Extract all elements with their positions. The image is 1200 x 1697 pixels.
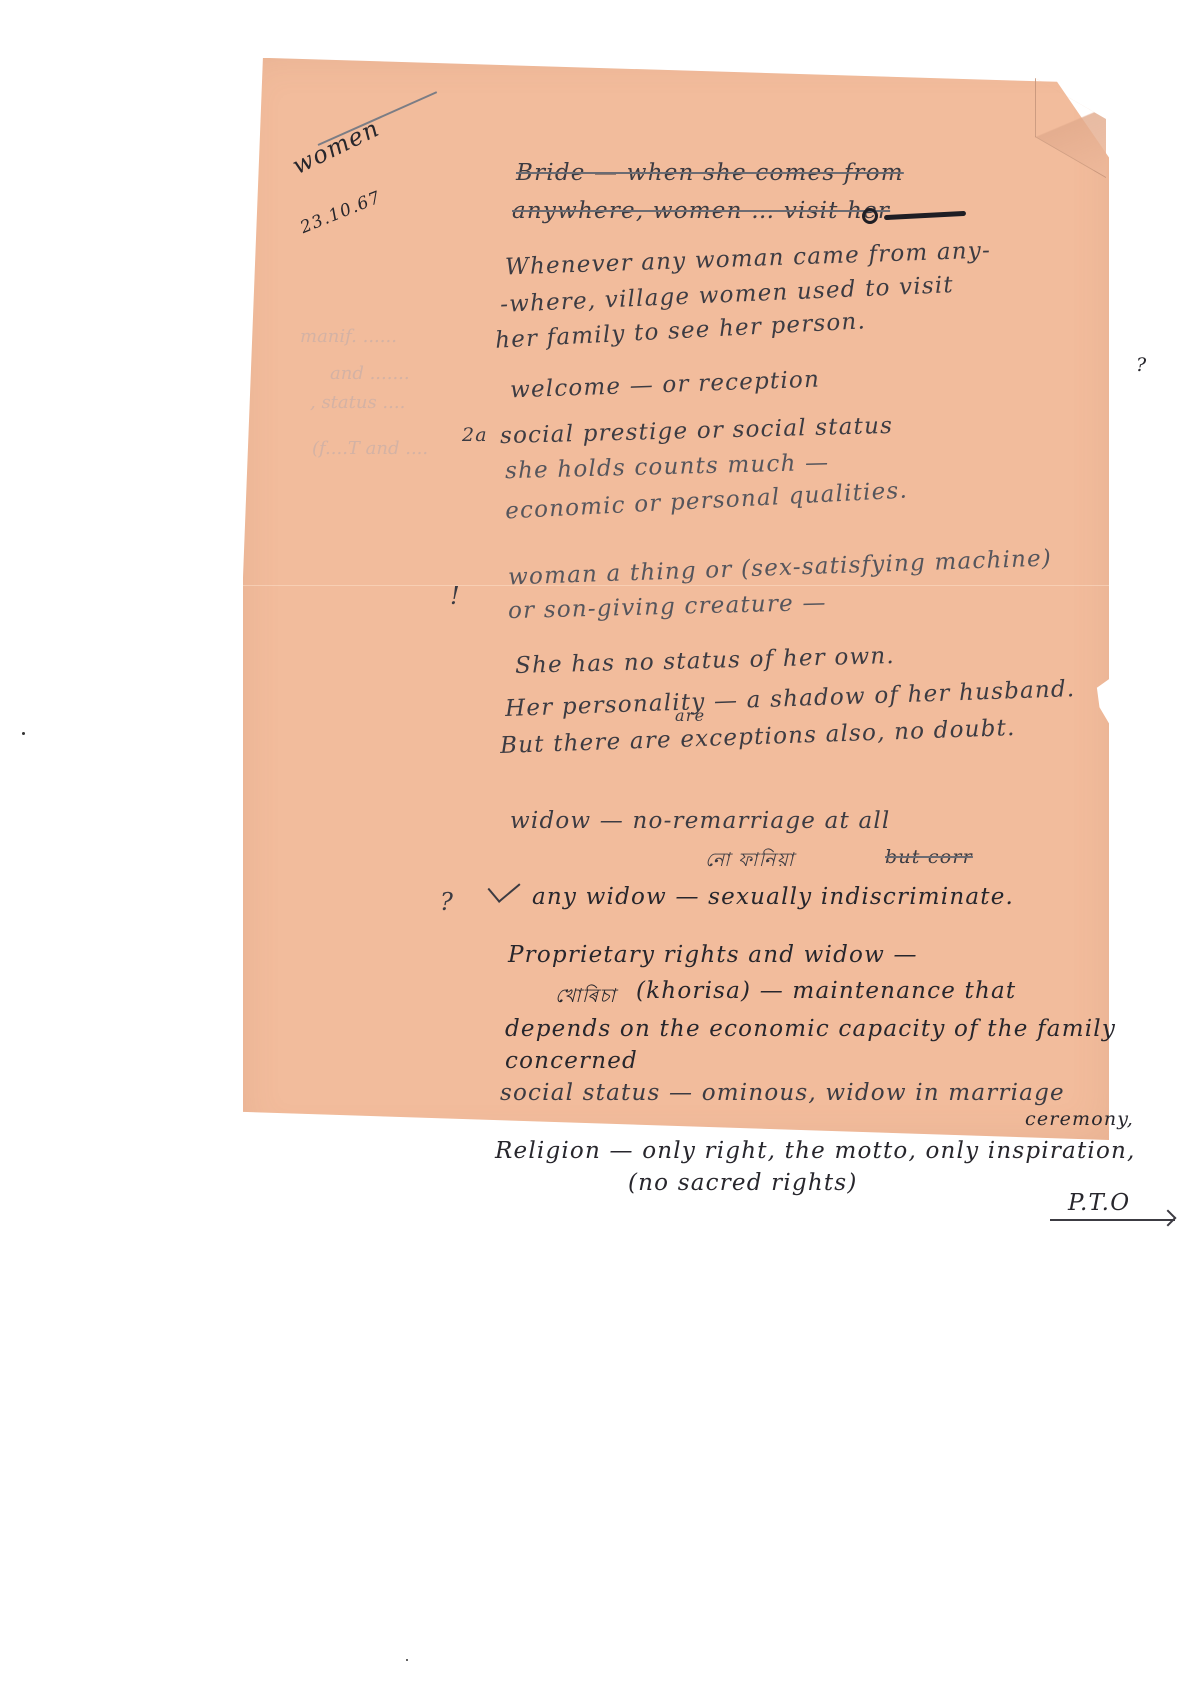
note-line: (khorisa) — maintenance that (636, 978, 1016, 1004)
interlinear-struck-text: but corr (885, 846, 973, 868)
note-line: (no sacred rights) (628, 1170, 858, 1196)
struck-line: anywhere, women … visit her (512, 198, 890, 224)
pto-underline (1050, 1219, 1175, 1221)
note-line: widow — no-remarriage at all (510, 808, 890, 834)
note-line: any widow — sexually indiscriminate. (532, 884, 1014, 910)
struck-line: Bride — when she comes from (516, 160, 904, 186)
note-line: social status — ominous, widow in marria… (500, 1080, 1065, 1106)
bleed-through-text: (f....T and .... (312, 438, 428, 459)
inserted-word: are (675, 706, 705, 725)
note-line: Proprietary rights and widow — (508, 942, 918, 968)
bleed-through-text: manif. ...... (300, 326, 397, 347)
note-line: ceremony, (1025, 1108, 1134, 1130)
note-line: concerned (505, 1048, 638, 1074)
margin-question-mark: ? (1136, 354, 1147, 376)
note-line: depends on the economic capacity of the … (505, 1016, 1116, 1042)
dust-speck (406, 1659, 408, 1661)
bleed-through-text: and ....... (330, 363, 410, 384)
dust-speck (22, 732, 25, 735)
margin-mark: 2a (462, 424, 488, 446)
margin-mark: ! (450, 582, 461, 610)
native-term: খোৰিচা (555, 982, 616, 1014)
interlinear-native-text: নো ফানিয়া (705, 846, 794, 878)
note-line: Religion — only right, the motto, only i… (495, 1138, 1136, 1164)
page-turn-note: P.T.O (1068, 1190, 1130, 1216)
bleed-through-text: , status .... (310, 392, 405, 413)
ink-blot (862, 208, 878, 224)
arrow-right-icon (1160, 1210, 1177, 1227)
margin-mark: ? (440, 888, 454, 916)
